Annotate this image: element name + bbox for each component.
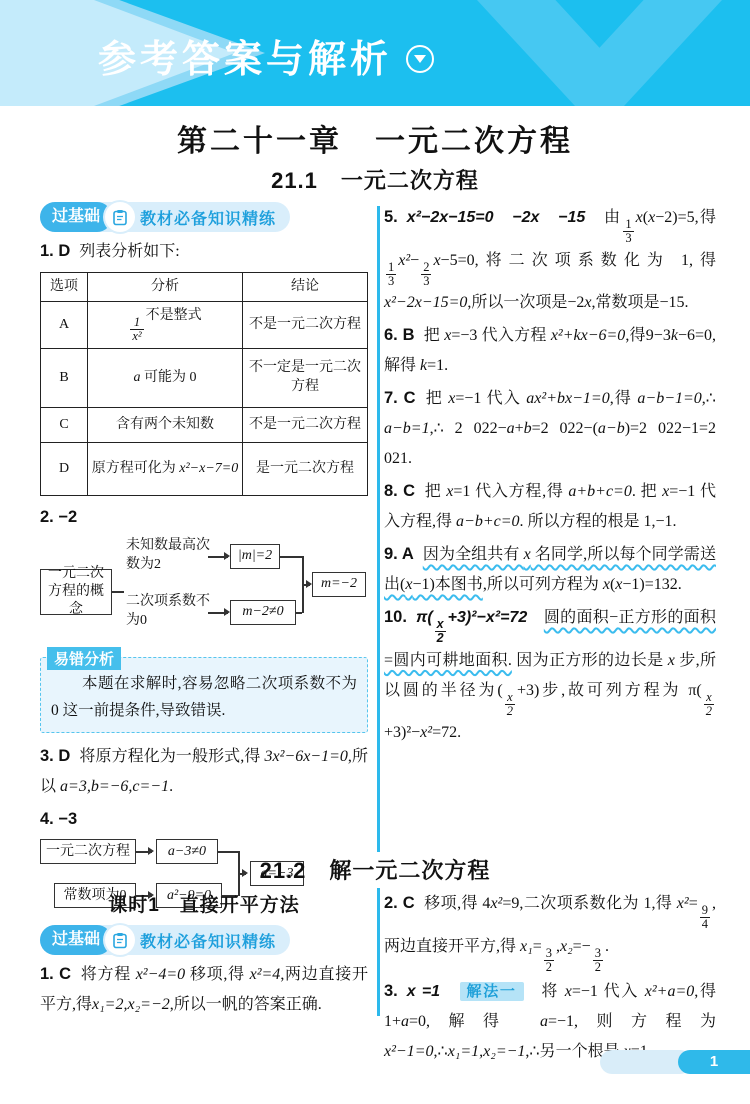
question-5-text: x²−2x−15=0 −2x −15 由13x(x−2)=5,得13x²−23x… bbox=[384, 209, 716, 311]
table-cell: 含有两个未知数 bbox=[88, 408, 243, 443]
table-cell: C bbox=[41, 408, 88, 443]
question-7-text: 把 x=−1 代入 ax²+bx−1=0,得 a−b−1=0,∴ a−b=1,∴… bbox=[384, 390, 716, 467]
question-3-text: 将原方程化为一般形式,得 3x²−6x−1=0,所以 a=3,b=−6,c=−1… bbox=[40, 748, 368, 795]
question-9-text: 因为全组共有 x 名同学,所以每个同学需送出(x−1)本图书,所以可列方程为 x… bbox=[384, 546, 716, 593]
flow-node-m-minus-2: m−2≠0 bbox=[230, 600, 296, 625]
table-row: C含有两个未知数不是一元二次方程 bbox=[41, 408, 368, 443]
flow-node-abs-m: |m|=2 bbox=[230, 544, 280, 569]
table-cell: 不一定是一元二次方程 bbox=[243, 349, 368, 408]
chapter-title: 第二十一章 一元二次方程 bbox=[0, 116, 750, 160]
lesson1-question-1-text: 将方程 x²−4=0 移项,得 x²=4,两边直接开平方,得x₁=2,x₂=−2… bbox=[40, 966, 368, 1013]
col-header-option: 选项 bbox=[41, 273, 88, 302]
table-cell: B bbox=[41, 349, 88, 408]
question-4: 4. −3 bbox=[40, 804, 368, 835]
table-body: A1x²不是整式不是一元二次方程Ba 可能为 0不一定是一元二次方程C含有两个未… bbox=[41, 302, 368, 496]
question-1-intro: 列表分析如下: bbox=[79, 243, 179, 260]
table-row: A1x²不是整式不是一元二次方程 bbox=[41, 302, 368, 349]
col-header-conclusion: 结论 bbox=[243, 273, 368, 302]
answer-label-4: 4. −3 bbox=[40, 810, 77, 828]
question-1: 1. D列表分析如下: bbox=[40, 236, 368, 267]
section1-right-column: 5.x²−2x−15=0 −2x −15 由13x(x−2)=5,得13x²−2… bbox=[384, 202, 716, 750]
question-2: 2. −2 bbox=[40, 502, 368, 533]
answer-label-3: 3. D bbox=[40, 747, 70, 765]
col-header-analysis: 分析 bbox=[88, 273, 243, 302]
lesson-1-title: 课时1 直接开平方法 bbox=[40, 890, 368, 917]
flow-label-cond1: 未知数最高次数为2 bbox=[126, 537, 212, 575]
section-badge-2: 过基础 教材必备知识精练 bbox=[40, 925, 290, 955]
answer-label-l2: 2. C bbox=[384, 894, 415, 912]
answer-label-5: 5. bbox=[384, 208, 398, 226]
answer-label-2: 2. −2 bbox=[40, 508, 77, 526]
section1-left-column: 过基础 教材必备知识精练 1. D列表分析如下: 选项 分析 结论 A1x²不是… bbox=[40, 202, 368, 919]
v-watermark bbox=[477, 0, 722, 106]
badge-left-label: 过基础 bbox=[40, 202, 112, 232]
page-title: 参考答案与解析 bbox=[98, 28, 392, 83]
answer-label-7: 7. C bbox=[384, 389, 416, 407]
answer-label-l1: 1. C bbox=[40, 965, 71, 983]
column-divider-2 bbox=[377, 888, 380, 1016]
table-cell: 是一元二次方程 bbox=[243, 443, 368, 496]
question-10-text: π(x2+3)²−x²=72 圆的面积−正方形的面积=圆内可耕地面积. 因为正方… bbox=[384, 609, 716, 741]
question-3: 3. D将原方程化为一般形式,得 3x²−6x−1=0,所以 a=3,b=−6,… bbox=[40, 741, 368, 802]
table-cell: 原方程可化为 x²−x−7=0 bbox=[88, 443, 243, 496]
question-7: 7. C把 x=−1 代入 ax²+bx−1=0,得 a−b−1=0,∴ a−b… bbox=[384, 383, 716, 474]
table-row: D原方程可化为 x²−x−7=0是一元二次方程 bbox=[41, 443, 368, 496]
table-cell: D bbox=[41, 443, 88, 496]
lesson1-question-2: 2. C移项,得 4x²=9,二次项系数化为 1,得 x²=94,两边直接开平方… bbox=[384, 888, 716, 974]
question-6-text: 把 x=−3 代入方程 x²+kx−6=0,得9−3k−6=0,解得 k=1. bbox=[384, 327, 716, 374]
badge-right-label: 教材必备知识精练 bbox=[140, 929, 276, 952]
table-cell: a 可能为 0 bbox=[88, 349, 243, 408]
table-row: Ba 可能为 0不一定是一元二次方程 bbox=[41, 349, 368, 408]
arrow-down-circle-icon bbox=[406, 45, 434, 73]
question-6: 6. B把 x=−3 代入方程 x²+kx−6=0,得9−3k−6=0,解得 k… bbox=[384, 320, 716, 381]
flowchart-q2: 一元二次方程的概念 未知数最高次数为2 二次项系数不为0 |m|=2 m−2≠0… bbox=[40, 537, 368, 641]
error-analysis-label: 易错分析 bbox=[47, 647, 121, 670]
lesson1-question-3-text: x =1 解法一 将 x=−1 代入 x²+a=0,得 1+a=0,解得 a=−… bbox=[384, 982, 716, 1060]
table-cell: 不是一元二次方程 bbox=[243, 408, 368, 443]
section2-right-column: 2. C移项,得 4x²=9,二次项系数化为 1,得 x²=94,两边直接开平方… bbox=[384, 888, 716, 1069]
answer-label-l3: 3. bbox=[384, 982, 398, 1000]
error-analysis-text: 本题在求解时,容易忽略二次项系数不为 0 这一前提条件,导致错误. bbox=[51, 670, 357, 724]
book-page: 参考答案与解析 第二十一章 一元二次方程 21.1 一元二次方程 过基础 教材必… bbox=[0, 0, 750, 1104]
page-header-banner: 参考答案与解析 bbox=[0, 0, 750, 106]
error-analysis-box: 易错分析 本题在求解时,容易忽略二次项系数不为 0 这一前提条件,导致错误. bbox=[40, 657, 368, 733]
section-21-1-title: 21.1 一元二次方程 bbox=[0, 164, 750, 195]
flow-node-concept: 一元二次方程的概念 bbox=[40, 569, 112, 615]
lesson1-question-1: 1. C将方程 x²−4=0 移项,得 x²=4,两边直接开平方,得x₁=2,x… bbox=[40, 959, 368, 1020]
question-8-text: 把 x=1 代入方程,得 a+b+c=0. 把 x=−1 代入方程,得 a−b+… bbox=[384, 483, 716, 530]
question-10: 10.π(x2+3)²−x²=72 圆的面积−正方形的面积=圆内可耕地面积. 因… bbox=[384, 602, 716, 748]
table-cell: A bbox=[41, 302, 88, 349]
table-header-row: 选项 分析 结论 bbox=[41, 273, 368, 302]
section-21-2-title: 21.2 解一元二次方程 bbox=[0, 854, 750, 885]
lesson1-question-2-text: 移项,得 4x²=9,二次项系数化为 1,得 x²=94,两边直接开平方,得 x… bbox=[384, 895, 716, 955]
answer-label-9: 9. A bbox=[384, 545, 414, 563]
badge-right-label: 教材必备知识精练 bbox=[140, 206, 276, 229]
clipboard-icon bbox=[105, 925, 135, 955]
answer-label-8: 8. C bbox=[384, 482, 415, 500]
page-number: 1 bbox=[678, 1050, 750, 1074]
answer-label-6: 6. B bbox=[384, 326, 415, 344]
analysis-table: 选项 分析 结论 A1x²不是整式不是一元二次方程Ba 可能为 0不一定是一元二… bbox=[40, 272, 368, 496]
section2-left-column: 课时1 直接开平方法 过基础 教材必备知识精练 1. C将方程 x²−4=0 移… bbox=[40, 888, 368, 1022]
column-divider bbox=[377, 206, 380, 852]
answer-label-10: 10. bbox=[384, 608, 407, 626]
clipboard-icon bbox=[105, 202, 135, 232]
answer-label-1: 1. D bbox=[40, 242, 70, 260]
badge-left-label: 过基础 bbox=[40, 925, 112, 955]
question-8: 8. C把 x=1 代入方程,得 a+b+c=0. 把 x=−1 代入方程,得 … bbox=[384, 476, 716, 537]
table-cell: 1x²不是整式 bbox=[88, 302, 243, 349]
table-cell: 不是一元二次方程 bbox=[243, 302, 368, 349]
question-9: 9. A因为全组共有 x 名同学,所以每个同学需送出(x−1)本图书,所以可列方… bbox=[384, 539, 716, 600]
flow-node-result-m: m=−2 bbox=[312, 572, 366, 597]
section-badge: 过基础 教材必备知识精练 bbox=[40, 202, 290, 232]
question-5: 5.x²−2x−15=0 −2x −15 由13x(x−2)=5,得13x²−2… bbox=[384, 202, 716, 318]
flow-label-cond2: 二次项系数不为0 bbox=[126, 593, 212, 631]
